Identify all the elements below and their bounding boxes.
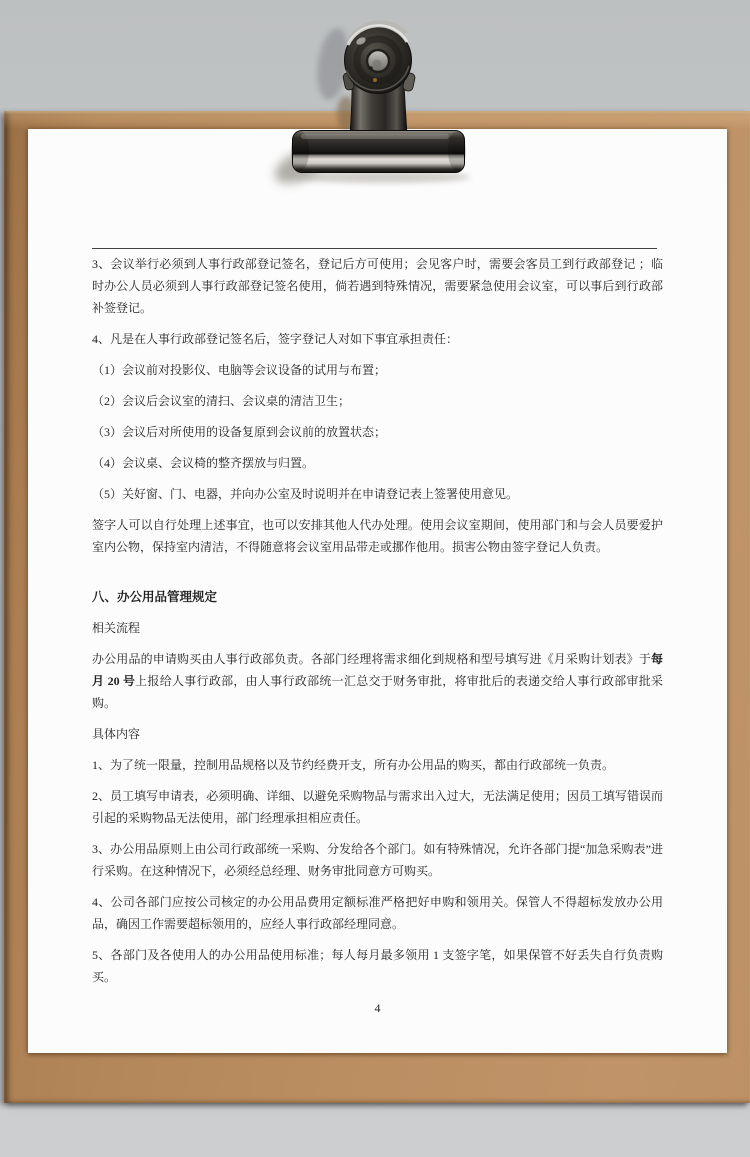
paragraph: 1、为了统一限量，控制用品规格以及节约经费开支，所有办公用品的购买，都由行政部统… [92, 754, 663, 776]
paragraph: （5）关好窗、门、电器，并向办公室及时说明并在申请登记表上签署使用意见。 [92, 483, 663, 505]
text-run: 八、办公用品管理规定 [92, 590, 217, 604]
clip-knob-dark-dot [369, 66, 373, 70]
text-run: 5、各部门及各使用人的办公用品使用标准；每人每月最多领用 1 支签字笔，如果保管… [92, 948, 663, 984]
text-run: 相关流程 [92, 621, 140, 635]
paragraph: （4）会议桌、会议椅的整齐摆放与归置。 [92, 452, 663, 474]
paragraph: 3、办公用品原则上由公司行政部统一采购、分发给各个部门。如有特殊情况，允许各部门… [92, 838, 663, 882]
text-run: 具体内容 [92, 727, 140, 741]
section-heading: 八、办公用品管理规定 [92, 586, 663, 608]
text-run: 2、员工填写申请表，必须明确、详细、以避免采购物品与需求出入过大，无法满足使用；… [92, 789, 663, 825]
paragraph: 办公用品的申请购买由人事行政部负责。各部门经理将需求细化到规格和型号填写进《月采… [92, 648, 663, 714]
paragraph: （2）会议后会议室的清扫、会议桌的清洁卫生； [92, 390, 663, 412]
paragraph: 签字人可以自行处理上述事宜，也可以安排其他人代办处理。使用会议室期间，使用部门和… [92, 514, 663, 558]
paragraph: 5、各部门及各使用人的办公用品使用标准；每人每月最多领用 1 支签字笔，如果保管… [92, 944, 663, 988]
paragraph: 3、会议举行必须到人事行政部登记签名，登记后方可使用；会见客户时，需要会客员工到… [92, 253, 663, 319]
paragraph: 具体内容 [92, 723, 663, 745]
text-run: 4、凡是在人事行政部登记签名后，签字登记人对如下事宜承担责任： [92, 332, 458, 346]
paragraph: 2、员工填写申请表，必须明确、详细、以避免采购物品与需求出入过大，无法满足使用；… [92, 785, 663, 829]
clip-knob-hole-pupil [373, 60, 382, 69]
text-run: 4、公司各部门应按公司核定的办公用品费用定额标准严格把好申购和领用关。保管人不得… [92, 895, 663, 931]
metal-binder-clip-icon [255, 0, 505, 200]
text-run: 3、会议举行必须到人事行政部登记签名，登记后方可使用；会见客户时，需要会客员工到… [92, 257, 663, 315]
paragraph: 4、公司各部门应按公司核定的办公用品费用定额标准严格把好申购和领用关。保管人不得… [92, 891, 663, 935]
paragraph: （1）会议前对投影仪、电脑等会议设备的试用与布置； [92, 359, 663, 381]
paragraph: 4、凡是在人事行政部登记签名后，签字登记人对如下事宜承担责任： [92, 328, 663, 350]
clip-jaw-end-shade-right [448, 131, 466, 171]
text-run: 办公用品的申请购买由人事行政部负责。各部门经理将需求细化到规格和型号填写进《月采… [92, 652, 651, 666]
document-body: 3、会议举行必须到人事行政部登记签名，登记后方可使用；会见客户时，需要会客员工到… [28, 129, 727, 1053]
text-run: 签字人可以自行处理上述事宜，也可以安排其他人代办处理。使用会议室期间，使用部门和… [92, 518, 663, 554]
text-run: （3）会议后对所使用的设备复原到会议前的放置状态； [92, 425, 386, 439]
text-run: 1、为了统一限量，控制用品规格以及节约经费开支，所有办公用品的购买，都由行政部统… [92, 758, 614, 772]
separator-line [92, 248, 657, 249]
paragraph: （3）会议后对所使用的设备复原到会议前的放置状态； [92, 421, 663, 443]
document-blocks: 3、会议举行必须到人事行政部登记签名，登记后方可使用；会见客户时，需要会客员工到… [92, 248, 663, 988]
clip-knob-orange-dot [373, 78, 377, 82]
paragraph: 相关流程 [92, 617, 663, 639]
text-run: （5）关好窗、门、电器，并向办公室及时说明并在申请登记表上签署使用意见。 [92, 487, 518, 501]
text-run: 上报给人事行政部，由人事行政部统一汇总交于财务审批，将审批后的表递交给人事行政部… [92, 674, 663, 710]
document-paper: 3、会议举行必须到人事行政部登记签名，登记后方可使用；会见客户时，需要会客员工到… [28, 129, 727, 1053]
text-run: （1）会议前对投影仪、电脑等会议设备的试用与布置； [92, 363, 386, 377]
clip-jaw-top-sheen [301, 134, 449, 140]
page-number: 4 [92, 997, 663, 1019]
text-run: （4）会议桌、会议椅的整齐摆放与归置。 [92, 456, 314, 470]
text-run: 3、办公用品原则上由公司行政部统一采购、分发给各个部门。如有特殊情况，允许各部门… [92, 842, 663, 878]
text-run: （2）会议后会议室的清扫、会议桌的清洁卫生； [92, 394, 350, 408]
